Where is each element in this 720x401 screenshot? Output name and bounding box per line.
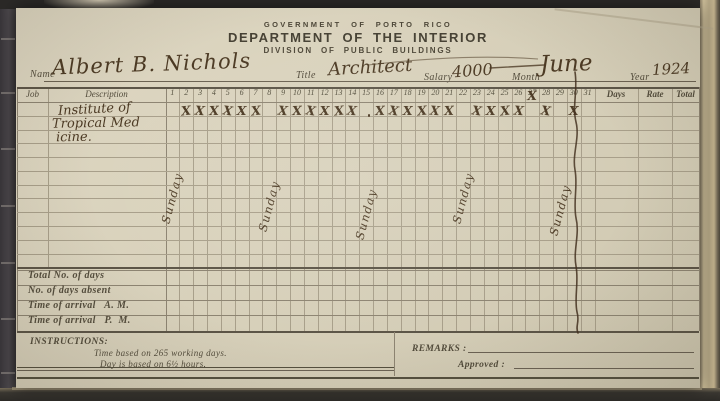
photo-of-timecard: GOVERNMENT OF PORTO RICO DEPARTMENT OF T… — [0, 0, 720, 401]
desk-background-left — [0, 0, 16, 401]
timecard-form: GOVERNMENT OF PORTO RICO DEPARTMENT OF T… — [16, 8, 700, 388]
card-stack-edge — [700, 0, 720, 401]
instruction-line-1: Time based on 265 working days. — [94, 348, 227, 358]
summary-row-label: Time of arrival A. M. — [28, 300, 129, 315]
summary-row-label: Time of arrival P. M. — [28, 315, 131, 330]
summary-row-label: Total No. of days — [28, 270, 104, 285]
stack-edge-streak — [1, 148, 15, 150]
stack-edge-streak — [1, 318, 15, 320]
stack-edge-streak — [1, 262, 15, 264]
stack-edge-streak — [1, 38, 15, 40]
stack-edge-streak — [1, 205, 15, 207]
summary-row-label: No. of days absent — [28, 285, 111, 300]
remarks-label: REMARKS : — [412, 344, 467, 354]
stack-edge-streak — [1, 92, 15, 94]
instructions-rule-top — [17, 367, 394, 368]
instructions-rule-bottom — [17, 370, 394, 371]
instructions-label: INSTRUCTIONS: — [30, 337, 108, 347]
footer-divider — [394, 332, 395, 376]
summary-row-labels: Total No. of daysNo. of days absentTime … — [16, 8, 700, 388]
remarks-rule — [468, 352, 694, 353]
approved-rule — [514, 368, 694, 369]
approved-label: Approved : — [458, 360, 505, 370]
card-footer-heavy-rule — [17, 377, 699, 379]
stack-edge-streak — [1, 372, 15, 374]
